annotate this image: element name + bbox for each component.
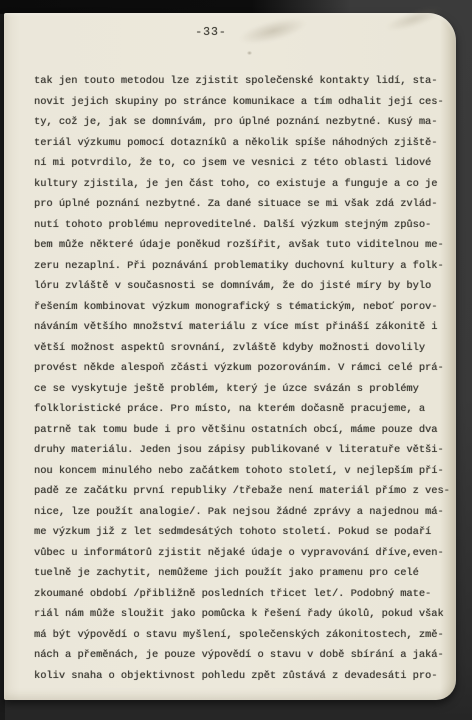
page-number: -33- <box>4 26 418 39</box>
text-line: riál nám může sloužit jako pomůcka k řeš… <box>34 604 454 625</box>
text-line: vůbec u informátorů zjistit nějaké údaje… <box>34 543 454 564</box>
text-line: řešením kombinovat výzkum monografický s… <box>34 297 454 318</box>
text-line: patrně tak tomu bude i pro většinu ostat… <box>34 420 454 441</box>
text-line: ty, což je, jak se domnívám, pro úplné p… <box>34 112 454 133</box>
text-line: nice, lze použít analogie/. Pak nejsou ž… <box>34 502 454 523</box>
text-line: lóru zvláště v současnosti se domnívám, … <box>34 276 454 297</box>
text-line: bem může některé údaje poněkud rozšířit,… <box>34 235 454 256</box>
text-line: kultury zjistila, je jen část toho, co e… <box>34 174 454 195</box>
text-line: provést někde alespoň zčásti výzkum pozo… <box>34 358 454 379</box>
text-line: tak jen touto metodou lze zjistit společ… <box>34 71 454 92</box>
text-line: ní mi potvrdilo, že to, co jsem ve vesni… <box>34 153 454 174</box>
text-line: koliv snaha o objektivnost pohledu zpět … <box>34 666 454 687</box>
text-line: větší možnost aspektů srovnání, zvláště … <box>34 338 454 359</box>
text-line: nutí tohoto problému neproveditelné. Dal… <box>34 215 454 236</box>
scanned-document-view: -33- tak jen touto metodou lze zjistit s… <box>0 0 472 720</box>
text-line: padě ze začátku první republiky /třebaže… <box>34 481 454 502</box>
text-line: náváním většího množství materiálu z víc… <box>34 317 454 338</box>
smudge-mark <box>247 51 252 55</box>
text-line: zeru nezaplní. Při poznávání problematik… <box>34 256 454 277</box>
text-line: nou koncem minulého nebo začátkem tohoto… <box>34 461 454 482</box>
document-page: -33- tak jen touto metodou lze zjistit s… <box>4 13 456 700</box>
body-text: tak jen touto metodou lze zjistit společ… <box>34 71 454 686</box>
text-line: tuelně je zachytit, nemůžeme jich použít… <box>34 563 454 584</box>
text-line: folkloristické práce. Pro místo, na kter… <box>34 399 454 420</box>
scan-background-top <box>0 0 350 14</box>
text-line: druhy materiálu. Jeden jsou zápisy publi… <box>34 440 454 461</box>
text-line: novit jejich skupiny po stránce komunika… <box>34 92 454 113</box>
text-line: nách a přeměnách, je pouze výpovědí o st… <box>34 645 454 666</box>
text-line: teriál výzkumu pomocí dotazníků a několi… <box>34 133 454 154</box>
text-line: ce se vyskytuje ještě problém, který je … <box>34 379 454 400</box>
text-line: me výzkum již z let sedmdesátých tohoto … <box>34 522 454 543</box>
text-line: má být výpovědí o stavu myšlení, společe… <box>34 625 454 646</box>
text-line: pro úplné poznání nezbytné. Za dané situ… <box>34 194 454 215</box>
text-line: zkoumané období /přibližně posledních tř… <box>34 584 454 605</box>
